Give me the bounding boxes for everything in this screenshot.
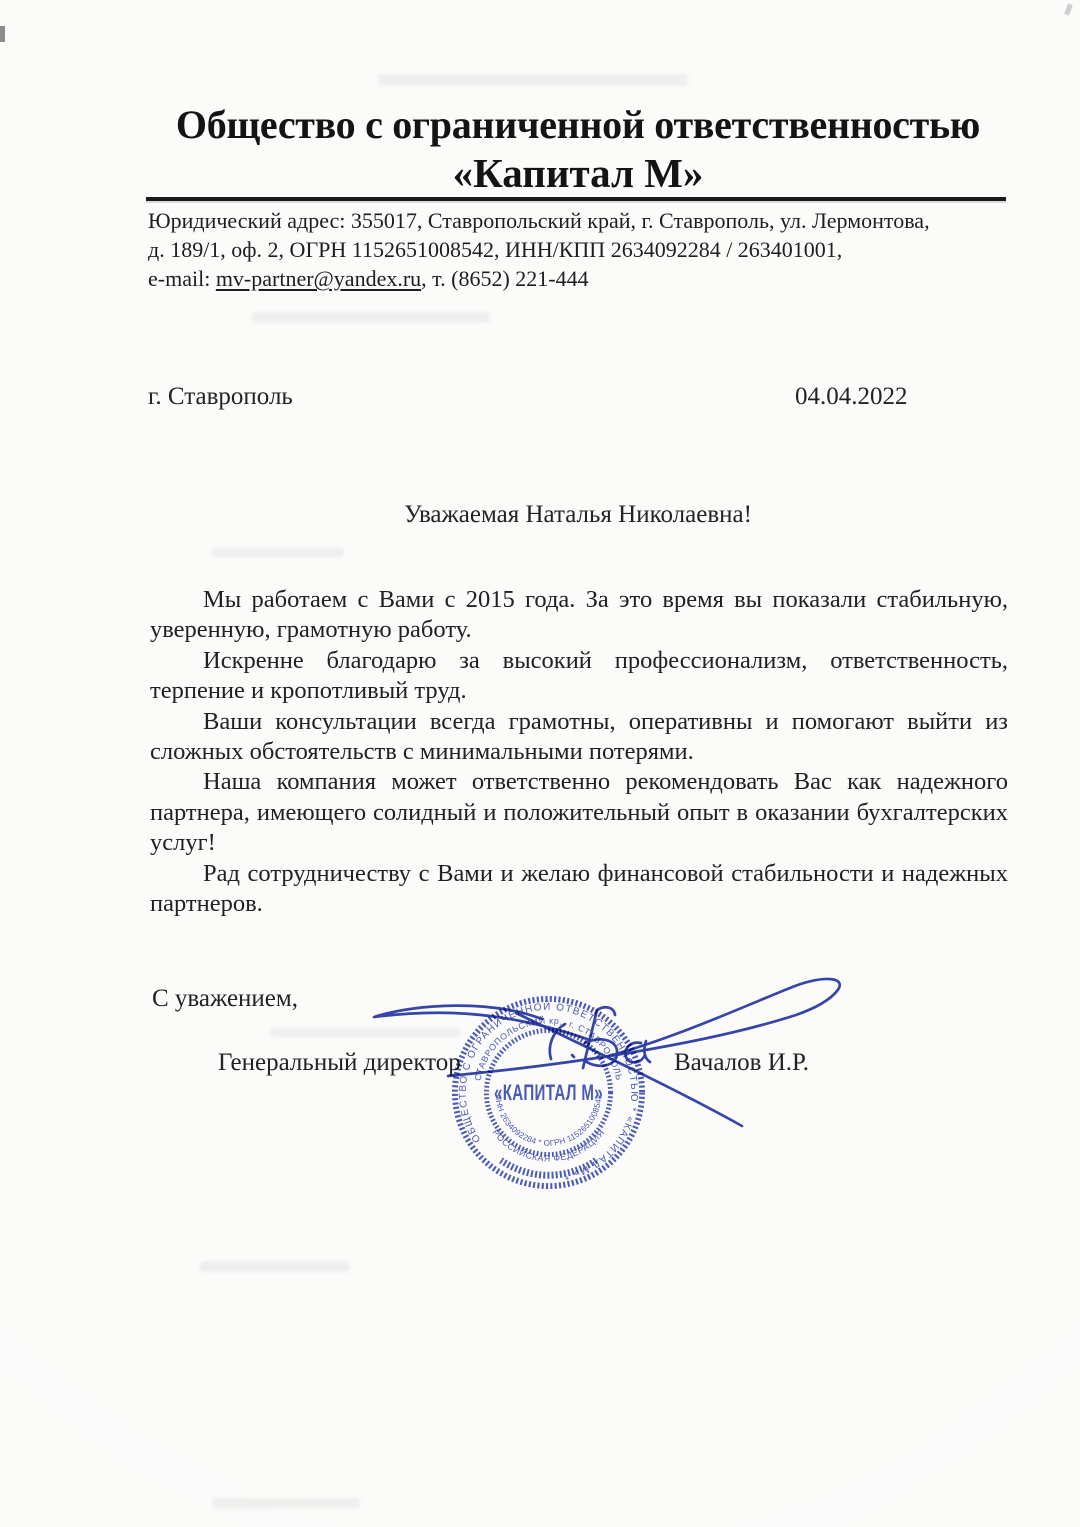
paragraph: Мы работаем с Вами с 2015 года. За это в… bbox=[150, 585, 1008, 646]
paragraph: Рад сотрудничеству с Вами и желаю финанс… bbox=[150, 859, 1008, 920]
city-label: г. Ставрополь bbox=[148, 383, 293, 411]
paragraph: Искренне благодарю за высокий профессион… bbox=[150, 646, 1008, 707]
scan-artifact bbox=[378, 74, 688, 86]
address-line-3: e-mail: mv-partner@yandex.ru, т. (8652) … bbox=[148, 264, 1016, 293]
stamp-center-text: «КАПИТАЛ М» bbox=[494, 1080, 603, 1104]
paragraph: Ваши консультации всегда грамотны, опера… bbox=[150, 707, 1008, 768]
legal-address: Юридический адрес: 355017, Ставропольски… bbox=[148, 206, 1016, 293]
scan-artifact bbox=[0, 26, 5, 42]
regards-line: С уважением, bbox=[152, 985, 298, 1013]
company-stamp: ОБЩЕСТВО С ОГРАНИЧЕННОЙ ОТВЕТСТВЕННОСТЬЮ… bbox=[450, 994, 647, 1191]
email-text: mv-partner@yandex.ru bbox=[216, 266, 421, 291]
scan-artifact bbox=[1064, 3, 1072, 15]
org-type-title: Общество с ограниченной ответственностью bbox=[148, 101, 1008, 149]
signer-name: Вачалов И.Р. bbox=[674, 1049, 809, 1077]
header-divider bbox=[146, 197, 1006, 201]
phone-suffix: , т. (8652) 221-444 bbox=[421, 266, 588, 291]
letter-page: Общество с ограниченной ответственностью… bbox=[0, 0, 1080, 1527]
address-line-2: д. 189/1, оф. 2, ОГРН 1152651008542, ИНН… bbox=[148, 235, 1016, 264]
scan-artifact bbox=[252, 312, 490, 323]
address-line-1: Юридический адрес: 355017, Ставропольски… bbox=[148, 206, 1016, 235]
letterhead: Общество с ограниченной ответственностью… bbox=[148, 101, 1008, 197]
scan-artifact bbox=[270, 1028, 460, 1037]
email-prefix: e-mail: bbox=[148, 266, 216, 291]
scan-artifact bbox=[200, 1261, 350, 1272]
salutation: Уважаемая Наталья Николаевна! bbox=[148, 501, 1008, 529]
scan-artifact bbox=[212, 1498, 360, 1508]
date-label: 04.04.2022 bbox=[795, 383, 908, 411]
position-label: Генеральный директор bbox=[218, 1049, 461, 1077]
letter-body: Мы работаем с Вами с 2015 года. За это в… bbox=[150, 585, 1008, 919]
org-name-title: «Капитал М» bbox=[148, 149, 1008, 197]
paragraph: Наша компания может ответственно рекомен… bbox=[150, 767, 1008, 858]
scan-artifact bbox=[212, 548, 344, 557]
